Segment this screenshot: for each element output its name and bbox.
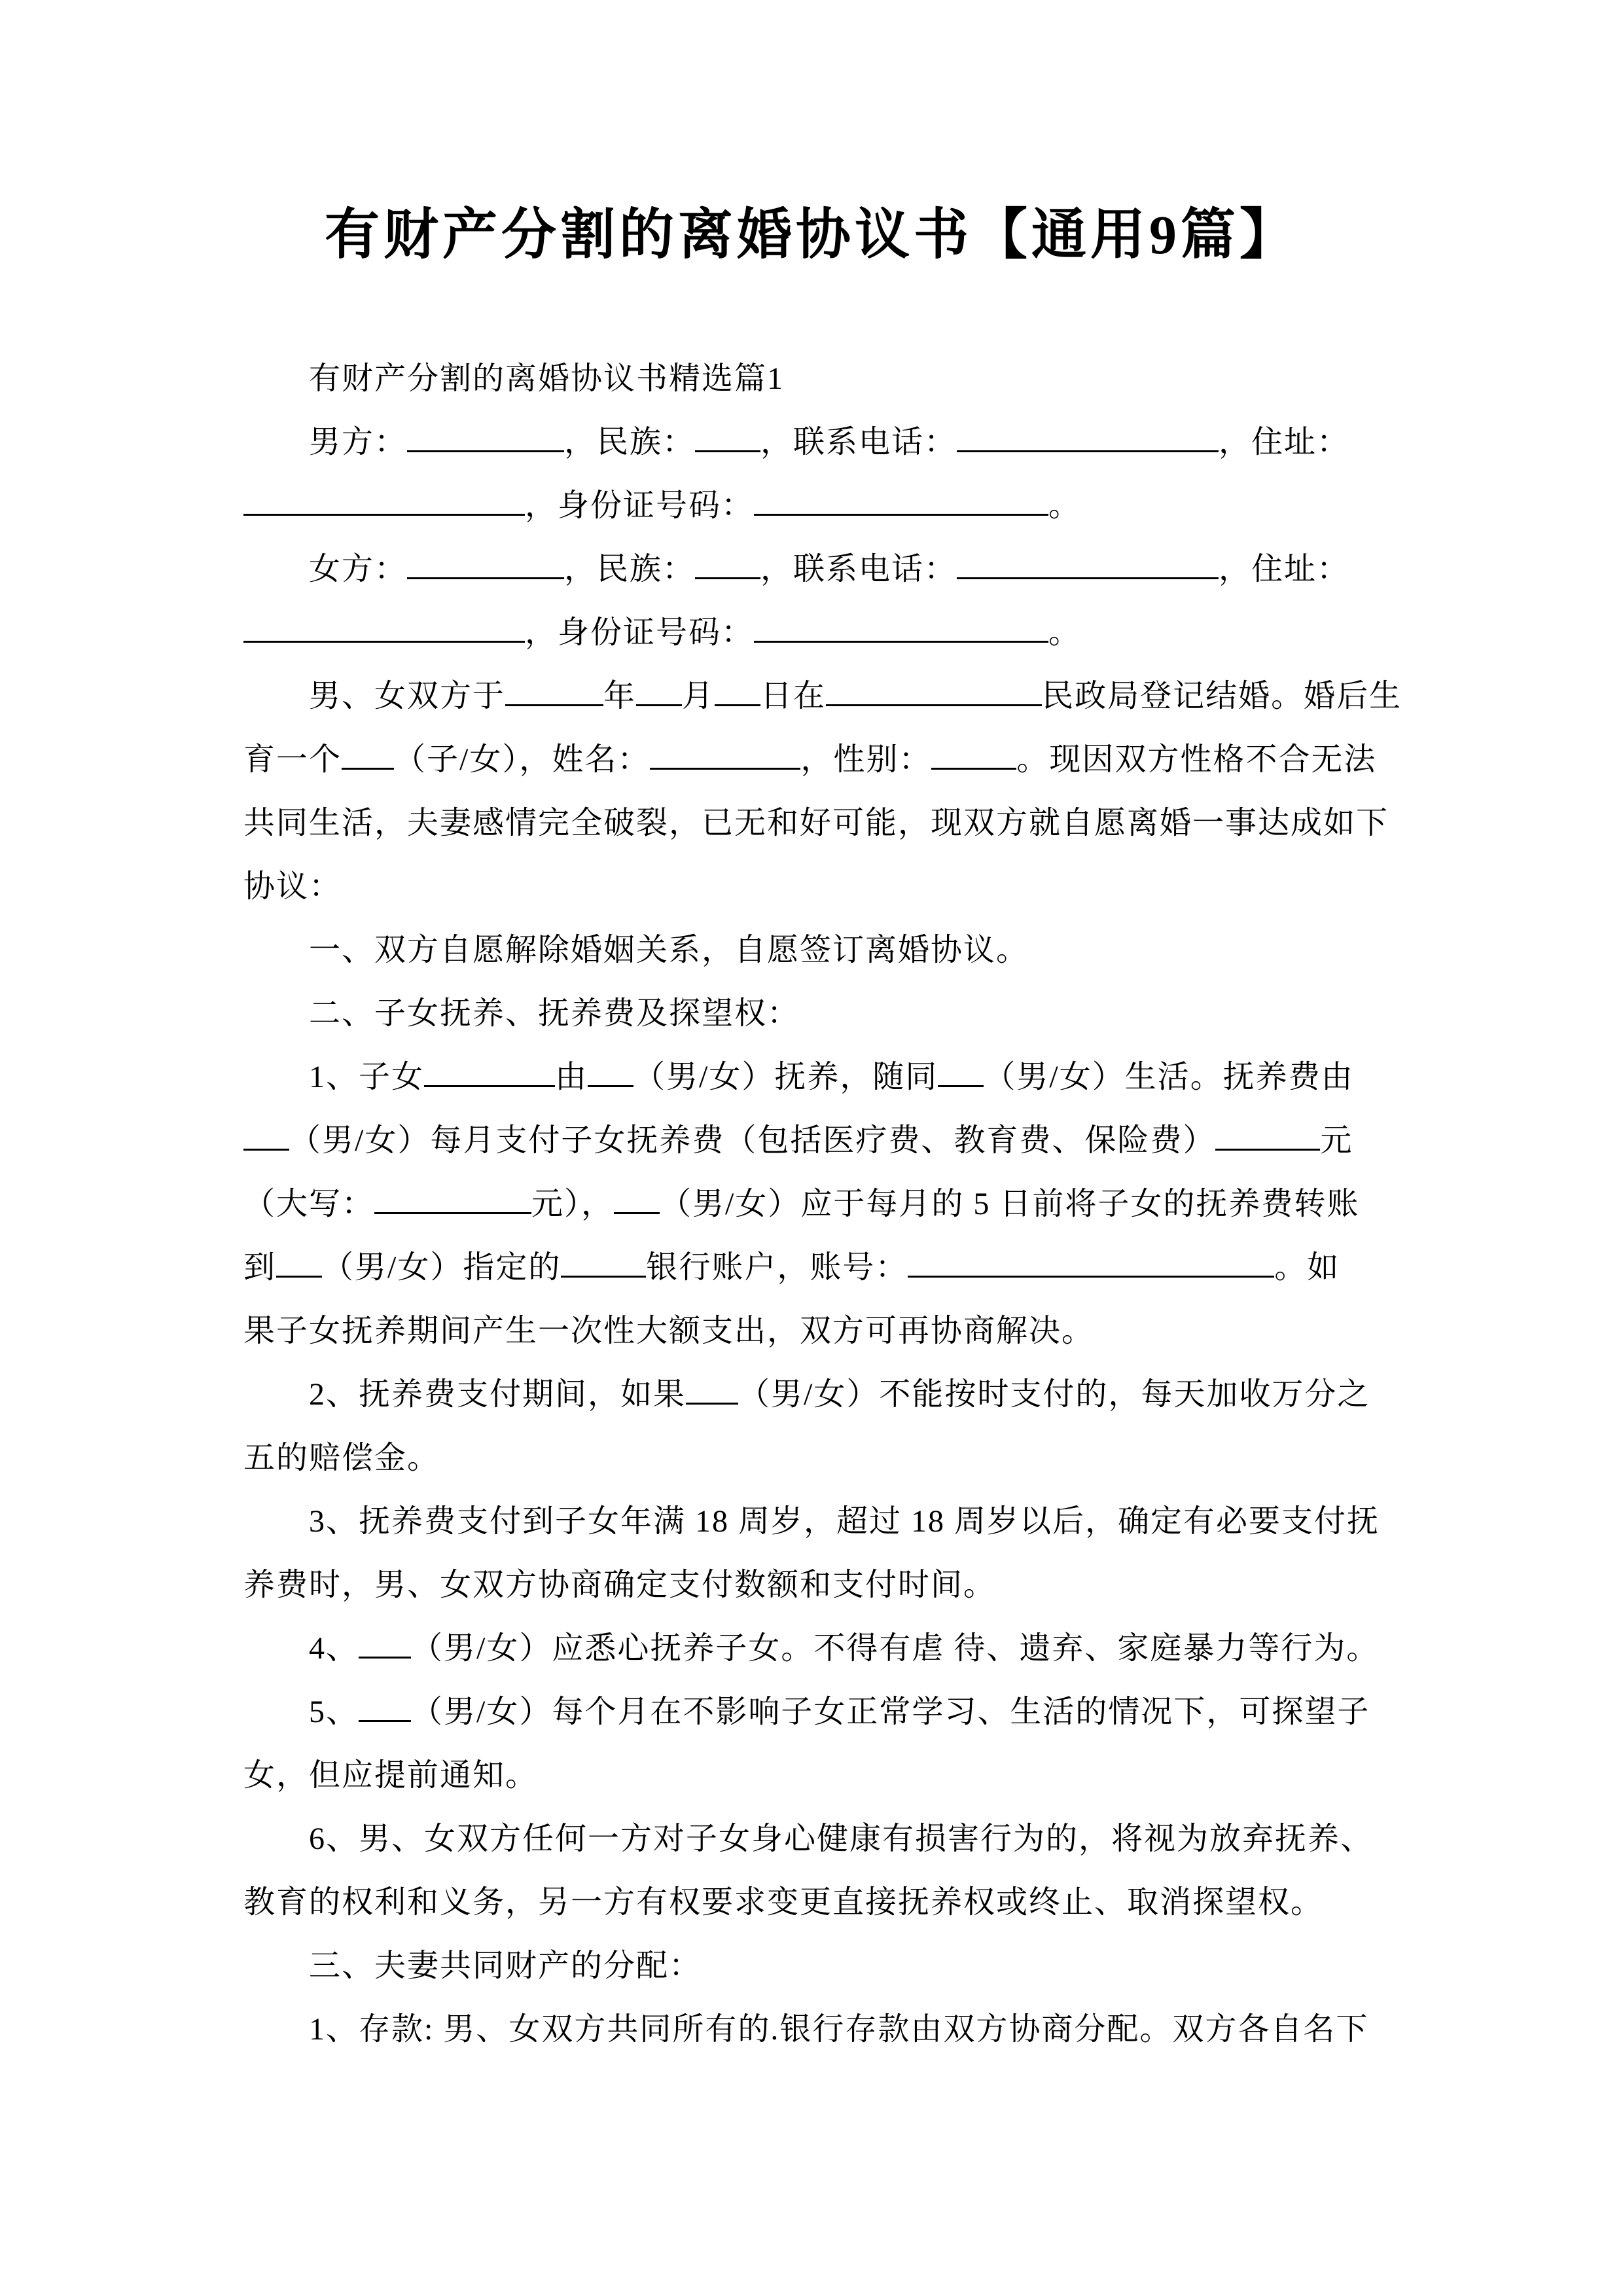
blank-underline [938,1054,984,1087]
text-run: 果子女抚养期间产生一次性大额支出，双方可再协商解决。 [243,1314,1094,1348]
text-line: 3、抚养费支付到子女年满 18 周岁，超过 18 周岁以后，确定有必要支付抚 [243,1490,1428,1553]
text-run: 男、女双方于 [309,679,505,713]
text-run: ，住址： [1219,552,1349,586]
text-line: 三、夫妻共同财产的分配： [243,1934,1428,1998]
text-run: 4、 [309,1631,359,1666]
blank-underline [1215,1117,1320,1151]
text-run: 协议： [243,869,342,904]
text-line: （大写：元），（男/女）应于每月的 5 日前将子女的抚养费转账 [243,1172,1428,1236]
text-run: 6、男、女双方任何一方对子女身心健康有损害行为的，将视为放弃抚养、 [309,1821,1373,1856]
text-run: 月 [682,679,715,713]
text-run: 。 [1048,615,1081,650]
text-run: ，性别： [800,742,931,777]
text-run: 到 [243,1250,276,1285]
text-run: 。如 [1274,1250,1340,1285]
text-run: 5、 [309,1695,359,1729]
blank-underline [931,736,1016,770]
text-run: （男/女）应于每月的 5 日前将子女的抚养费转账 [660,1187,1359,1221]
document-body: 有财产分割的离婚协议书精选篇1男方：，民族：，联系电话：，住址：，身份证号码：。… [243,347,1428,2061]
text-run: 三、夫妻共同财产的分配： [309,1948,702,1983]
text-line: 到（男/女）指定的银行账户，账号：。如 [243,1236,1428,1299]
text-run: 2、抚养费支付期间，如果 [309,1377,686,1412]
text-run: ，联系电话： [760,552,957,586]
text-line: 女，但应提前通知。 [243,1744,1428,1807]
text-run: （男/女）每月支付子女抚养费（包括医疗费、教育费、保险费） [289,1123,1215,1158]
text-run: 元）， [531,1187,614,1221]
blank-underline [636,673,682,706]
text-run: （男/女）生活。抚养费由 [984,1060,1353,1094]
text-run: （男/女）应悉心抚养子女。不得有虐 待、遗弃、家庭暴力等行为。 [411,1631,1379,1666]
article-heading: 有财产分割的离婚协议书精选篇1 [243,347,1428,410]
blank-underline [826,673,1042,706]
blank-underline [715,673,760,706]
blank-underline [695,419,760,452]
blank-underline [754,482,1048,516]
text-run: 日在 [760,679,826,713]
text-run: 男方： [309,425,407,459]
text-line: 4、（男/女）应悉心抚养子女。不得有虐 待、遗弃、家庭暴力等行为。 [243,1617,1428,1680]
text-run: （男/女）不能按时支付的，每天加收万分之 [738,1377,1370,1412]
text-line: 共同生活，夫妻感情完全破裂，已无和好可能，现双方就自愿离婚一事达成如下 [243,791,1428,855]
text-run: 女，但应提前通知。 [243,1758,538,1793]
document-title: 有财产分割的离婚协议书【通用9篇】 [0,0,1623,278]
text-line: 一、双方自愿解除婚姻关系，自愿签订离婚协议。 [243,918,1428,982]
text-run: ，身份证号码： [525,615,754,650]
blank-underline [424,1054,555,1087]
blank-underline [407,546,564,579]
text-run: （男/女）指定的 [322,1250,561,1285]
blank-underline [695,546,760,579]
text-run: 养费时，男、女双方协商确定支付数额和支付时间。 [243,1568,996,1602]
text-run: 元 [1320,1123,1353,1158]
text-run: 。 [1048,488,1081,523]
text-line: ，身份证号码：。 [243,474,1428,537]
text-run: （子/女），姓名： [394,742,650,777]
text-run: 有财产分割的离婚协议书精选篇1 [309,361,784,396]
blank-underline [359,1625,411,1659]
blank-underline [359,1689,411,1722]
text-run: 由 [555,1060,588,1094]
text-line: 男方：，民族：，联系电话：，住址： [243,410,1428,474]
text-run: （男/女）抚养，随同 [633,1060,938,1094]
blank-underline [243,482,525,516]
text-line: 1、子女由（男/女）抚养，随同（男/女）生活。抚养费由 [243,1045,1428,1109]
text-run: 民政局登记结婚。婚后生 [1042,679,1402,713]
text-run: 女方： [309,552,407,586]
text-run: 3、抚养费支付到子女年满 18 周岁，超过 18 周岁以后，确定有必要支付抚 [309,1504,1380,1539]
blank-underline [243,609,525,643]
blank-underline [342,736,394,770]
text-run: 二、子女抚养、抚养费及探望权： [309,996,800,1031]
blank-underline [614,1181,660,1214]
text-line: （男/女）每月支付子女抚养费（包括医疗费、教育费、保险费）元 [243,1109,1428,1172]
text-run: （男/女）每个月在不影响子女正常学习、生活的情况下，可探望子 [411,1695,1370,1729]
blank-underline [754,609,1048,643]
text-run: ，民族： [564,425,695,459]
text-run: ，民族： [564,552,695,586]
blank-underline [686,1371,738,1405]
blank-underline [957,546,1219,579]
blank-underline [908,1244,1274,1278]
text-line: 五的赔偿金。 [243,1426,1428,1490]
text-run: ，身份证号码： [525,488,754,523]
text-run: ，住址： [1219,425,1349,459]
text-line: 育一个（子/女），姓名：，性别：。现因双方性格不合无法 [243,728,1428,791]
blank-underline [407,419,564,452]
text-line: 6、男、女双方任何一方对子女身心健康有损害行为的，将视为放弃抚养、 [243,1807,1428,1871]
text-line: 5、（男/女）每个月在不影响子女正常学习、生活的情况下，可探望子 [243,1680,1428,1744]
text-run: 1、存款: 男、女双方共同所有的.银行存款由双方协商分配。双方各自名下 [309,2012,1368,2047]
text-run: 教育的权利和义务，另一方有权要求变更直接抚养权或终止、取消探望权。 [243,1885,1323,1920]
document-page: 有财产分割的离婚协议书【通用9篇】 有财产分割的离婚协议书精选篇1男方：，民族：… [0,0,1623,2296]
text-run: 年 [603,679,636,713]
text-run: 育一个 [243,742,342,777]
blank-underline [276,1244,322,1278]
blank-underline [957,419,1219,452]
blank-underline [505,673,603,706]
blank-underline [561,1244,646,1278]
text-run: ，联系电话： [760,425,957,459]
blank-underline [243,1117,289,1151]
text-run: 五的赔偿金。 [243,1441,440,1475]
text-line: 教育的权利和义务，另一方有权要求变更直接抚养权或终止、取消探望权。 [243,1871,1428,1934]
text-run: 一、双方自愿解除婚姻关系，自愿签订离婚协议。 [309,933,1029,967]
text-run: 银行账户，账号： [646,1250,908,1285]
text-line: 女方：，民族：，联系电话：，住址： [243,537,1428,601]
text-line: 养费时，男、女双方协商确定支付数额和支付时间。 [243,1553,1428,1617]
text-run: 。现因双方性格不合无法 [1016,742,1376,777]
text-line: ，身份证号码：。 [243,601,1428,664]
text-line: 男、女双方于年月日在民政局登记结婚。婚后生 [243,664,1428,728]
text-line: 1、存款: 男、女双方共同所有的.银行存款由双方协商分配。双方各自名下 [243,1998,1428,2061]
blank-underline [588,1054,633,1087]
text-line: 果子女抚养期间产生一次性大额支出，双方可再协商解决。 [243,1299,1428,1363]
text-line: 2、抚养费支付期间，如果（男/女）不能按时支付的，每天加收万分之 [243,1363,1428,1426]
text-line: 二、子女抚养、抚养费及探望权： [243,982,1428,1045]
blank-underline [650,736,800,770]
text-line: 协议： [243,855,1428,918]
blank-underline [374,1181,531,1214]
text-run: （大写： [243,1187,374,1221]
text-run: 1、子女 [309,1060,424,1094]
text-run: 共同生活，夫妻感情完全破裂，已无和好可能，现双方就自愿离婚一事达成如下 [243,806,1389,840]
